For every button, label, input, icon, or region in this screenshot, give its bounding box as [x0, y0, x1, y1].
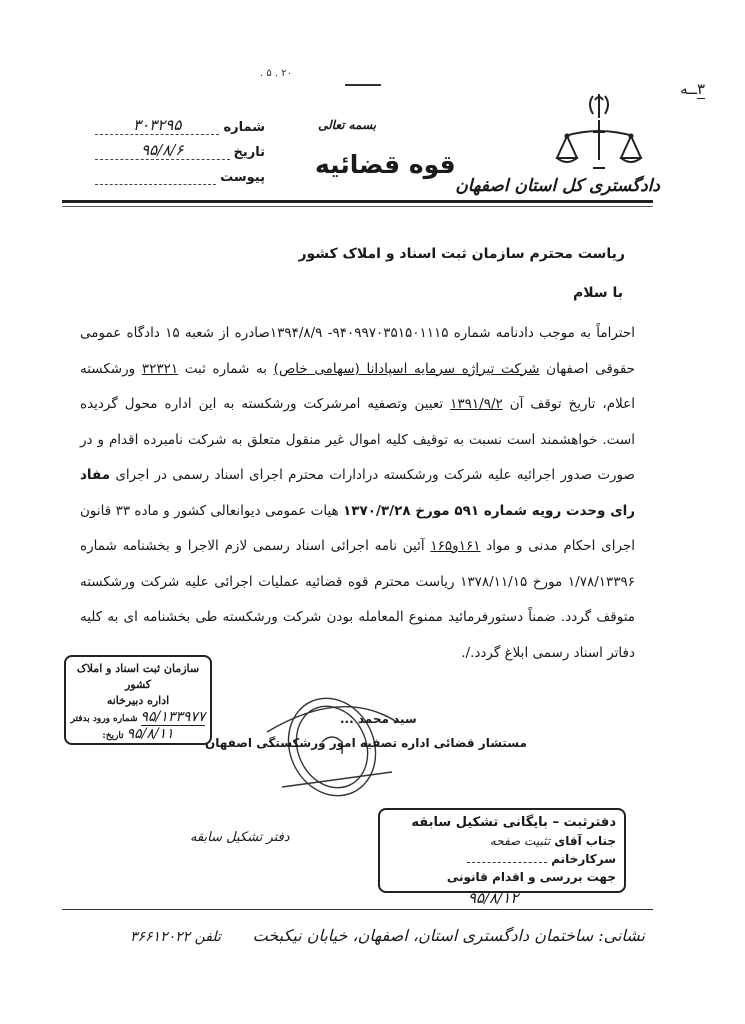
greeting: با سلام	[573, 285, 623, 301]
bismillah: بسمه تعالی	[318, 118, 376, 132]
letter-number-row: شماره ۳۰۳۲۹۵	[95, 116, 265, 135]
signer-name: سید محمد ...	[340, 712, 417, 726]
number-label: شماره	[219, 120, 265, 135]
routing-stamp-title: دفترثبت – بایگانی تشکیل سابقه	[388, 814, 616, 832]
routing-stamp-mr-value: تثبیت صفحه	[490, 834, 550, 848]
attachment-label: پیوست	[216, 170, 265, 185]
number-value: ۳۰۳۲۹۵	[95, 116, 219, 135]
attachment-value	[95, 166, 216, 185]
reg-stamp-entry-label: ورود بدفتر	[71, 714, 110, 724]
registration-stamp: سازمان ثبت اسناد و املاک کشور اداره دبیر…	[64, 655, 212, 745]
top-underline	[345, 84, 381, 86]
footer-divider	[62, 909, 653, 910]
letter-date-row: تاریخ ۹۵/۸/۶	[95, 141, 265, 160]
date-value: ۹۵/۸/۶	[95, 141, 230, 160]
routing-stamp-action: جهت بررسی و اقدام قانونی	[388, 868, 616, 886]
emblem-caption: دادگستری کل استان اصفهان	[455, 176, 660, 196]
reg-stamp-number-label: شماره	[113, 714, 138, 724]
footer-phone-value: ۳۶۶۱۲۰۲۲	[130, 929, 190, 945]
reg-stamp-date-label: تاریخ:	[102, 731, 123, 741]
reg-stamp-date: ۹۵/۸/۱۱	[127, 726, 174, 742]
routing-stamp-mrs-row: سرکارخانم	[388, 850, 616, 868]
routing-stamp-mr-row: جناب آقای تثبیت صفحه	[388, 832, 616, 850]
body-text: آئین نامه اجرائی اسناد رسمی لازم الاجرا …	[80, 538, 635, 661]
reg-stamp-date-row: تاریخ: ۹۵/۸/۱۱	[66, 726, 210, 742]
iran-emblem-scales-icon	[555, 90, 643, 175]
page-number: ۳ــه	[680, 80, 705, 98]
routing-stamp-mrs-blank	[467, 852, 547, 863]
footer-phone-label: تلفن	[195, 929, 221, 945]
header-divider-thick	[62, 200, 653, 203]
attachment-row: پیوست	[95, 166, 265, 185]
reg-stamp-number: ۹۵/۱۳۳۹۷۷	[141, 709, 206, 726]
header-divider-thin	[62, 206, 653, 207]
letter-body: احتراماً به موجب دادنامه شماره ۹۴۰۹۹۷۰۳۵…	[80, 316, 635, 671]
body-text: به شماره ثبت	[178, 361, 274, 377]
routing-stamp: دفترثبت – بایگانی تشکیل سابقه جناب آقای …	[378, 808, 626, 893]
footer-phone: تلفن ۳۶۶۱۲۰۲۲	[130, 929, 221, 945]
routing-stamp-mr-label: جناب آقای	[554, 834, 616, 848]
reg-stamp-org: سازمان ثبت اسناد و املاک کشور	[66, 661, 210, 693]
underlined-text: ۱۶۱و۱۶۵	[430, 538, 480, 554]
addressee: ریاست محترم سازمان ثبت اسناد و املاک کشو…	[298, 246, 625, 262]
routing-stamp-mrs-label: سرکارخانم	[551, 852, 616, 866]
reg-stamp-number-row: ورود بدفتر شماره ۹۵/۱۳۳۹۷۷	[66, 709, 210, 726]
underlined-text: ۱۳۹۱/۹/۲	[450, 396, 503, 412]
signer-title: مستشار قضائی اداره تصفیه امور ورشکستگی ا…	[205, 736, 527, 750]
routing-date: ۹۵/۸/۱۲	[468, 889, 518, 907]
underlined-text: شرکت تیراژه سرمایه اسپادانا (سهامی خاص)	[274, 361, 540, 377]
footer-address: نشانی: ساختمان دادگستری استان، اصفهان، خ…	[253, 926, 645, 945]
date-label: تاریخ	[230, 145, 266, 160]
organization-title: قوه قضائیه	[315, 150, 456, 179]
handwritten-note: دفتر تشکیل سابقه	[190, 830, 290, 845]
reg-stamp-dept: اداره دبیرخانه	[66, 693, 210, 709]
underlined-text: ۳۲۳۲۱	[142, 361, 178, 377]
top-marks: . ۵ . ۲۰	[260, 68, 292, 79]
